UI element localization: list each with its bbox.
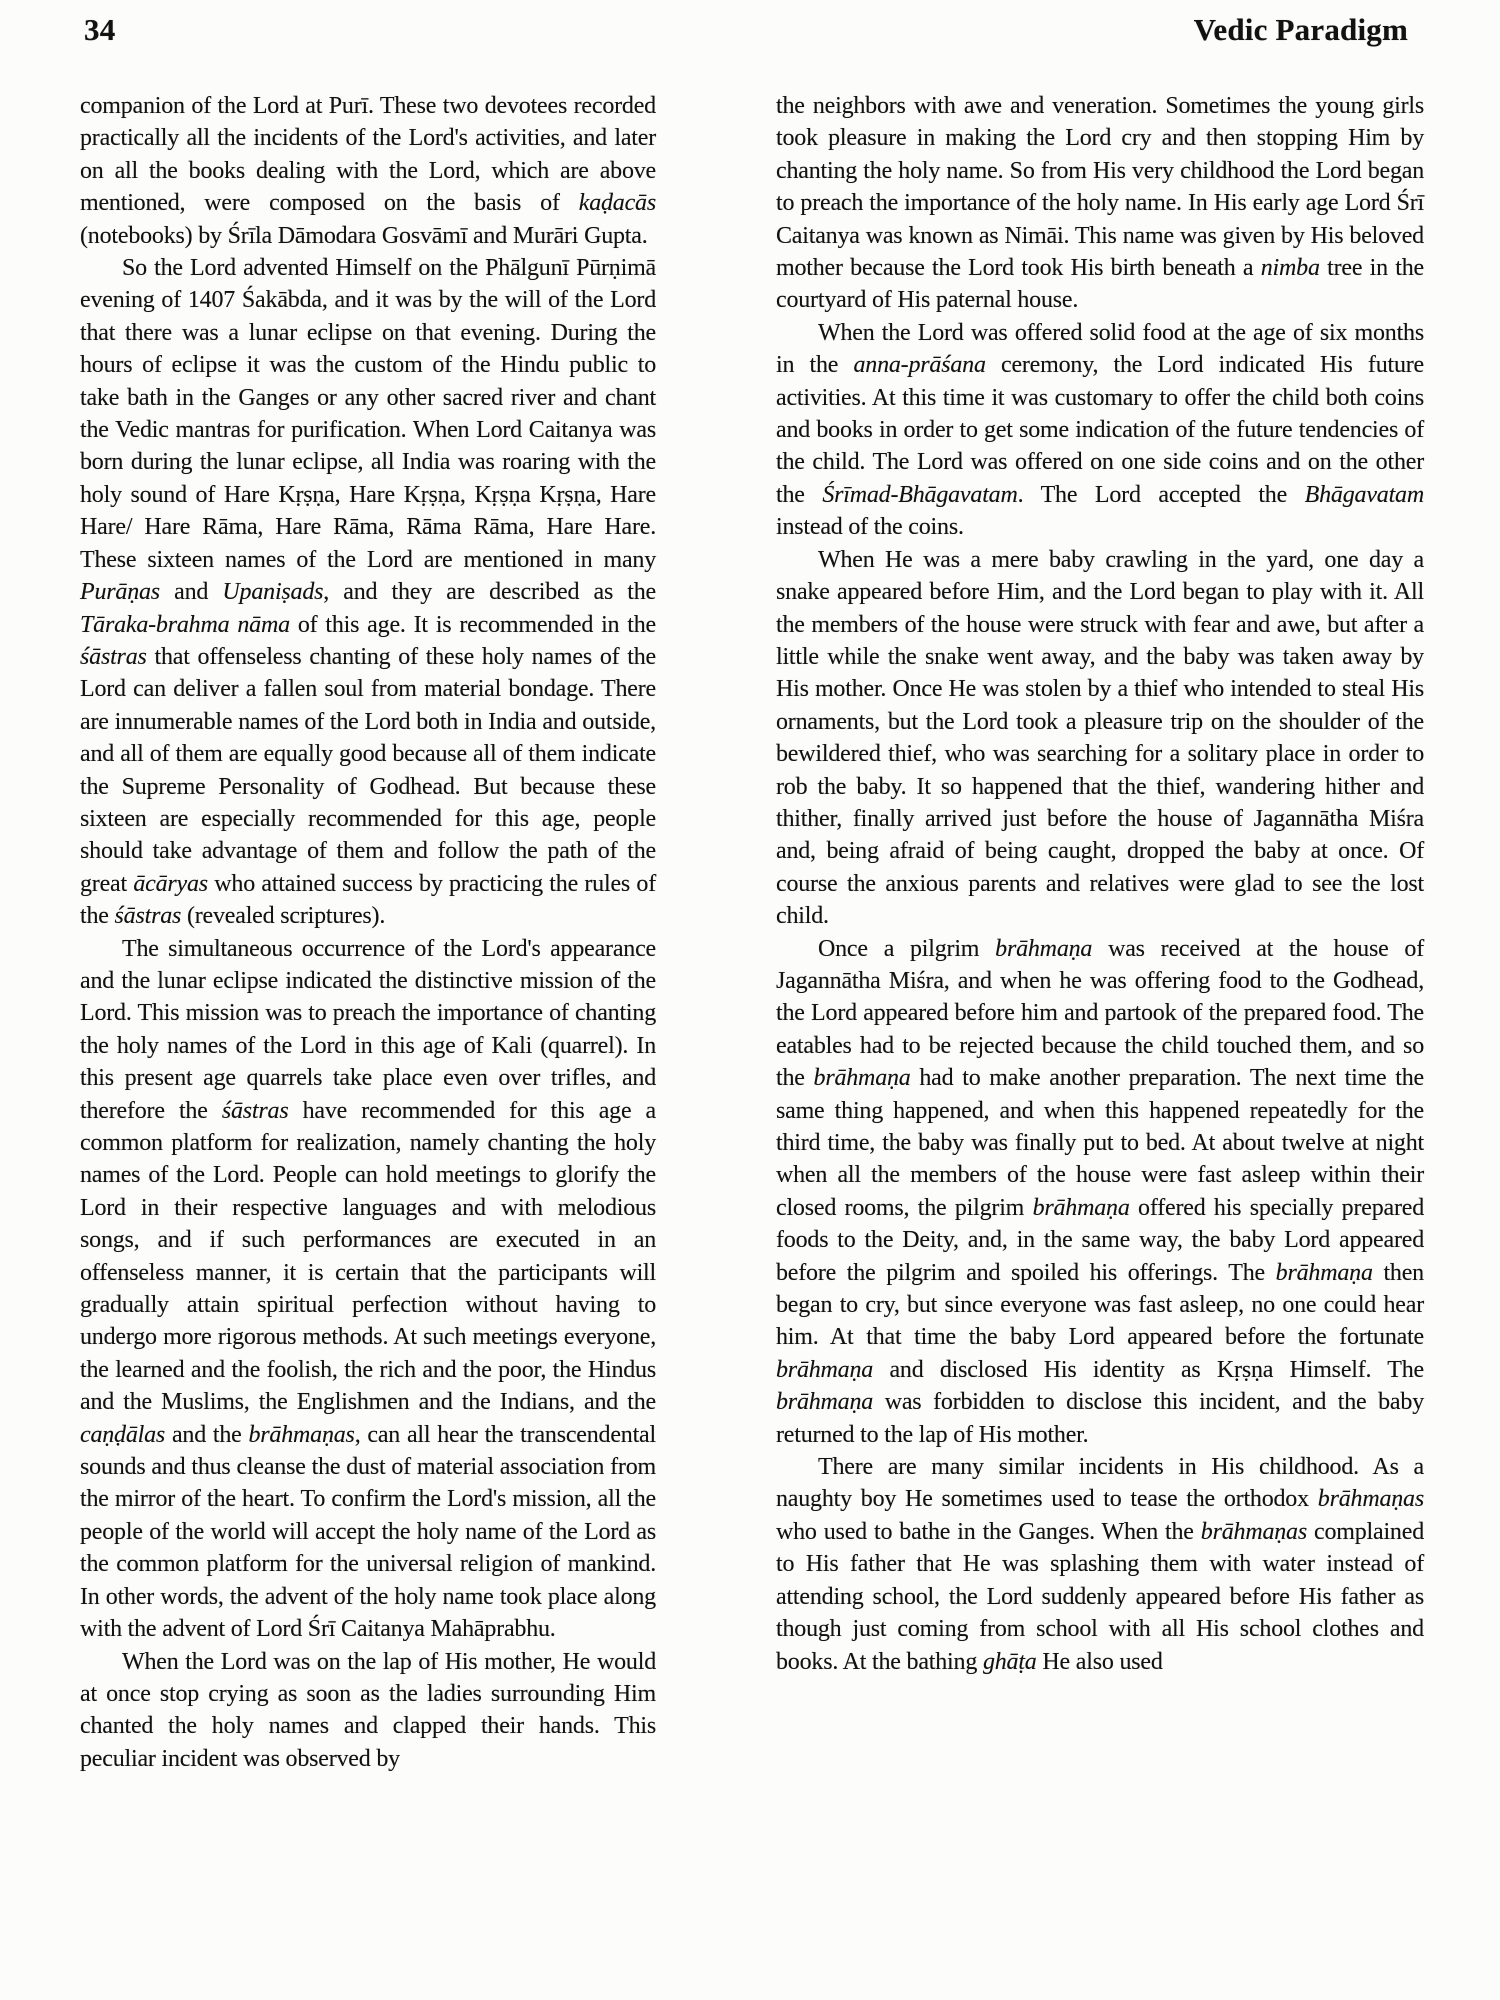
paragraph: When the Lord was on the lap of His moth… xyxy=(80,1646,656,1776)
paragraph: companion of the Lord at Purī. These two… xyxy=(80,90,656,252)
left-column: companion of the Lord at Purī. These two… xyxy=(80,90,656,1775)
paragraph: The simultaneous occurrence of the Lord'… xyxy=(80,933,656,1646)
right-column: the neighbors with awe and veneration. S… xyxy=(776,90,1424,1775)
page-header: 34 Vedic Paradigm xyxy=(84,12,1408,48)
running-title: Vedic Paradigm xyxy=(1194,12,1408,48)
paragraph: the neighbors with awe and veneration. S… xyxy=(776,90,1424,317)
paragraph: There are many similar incidents in His … xyxy=(776,1451,1424,1678)
paragraph: When the Lord was offered solid food at … xyxy=(776,317,1424,544)
two-column-text: companion of the Lord at Purī. These two… xyxy=(80,90,1424,1775)
paragraph: Once a pilgrim brāhmaṇa was received at … xyxy=(776,933,1424,1452)
page-number: 34 xyxy=(84,12,115,48)
paragraph: So the Lord advented Himself on the Phāl… xyxy=(80,252,656,933)
paragraph: When He was a mere baby crawling in the … xyxy=(776,544,1424,933)
book-page: 34 Vedic Paradigm companion of the Lord … xyxy=(0,0,1500,2000)
